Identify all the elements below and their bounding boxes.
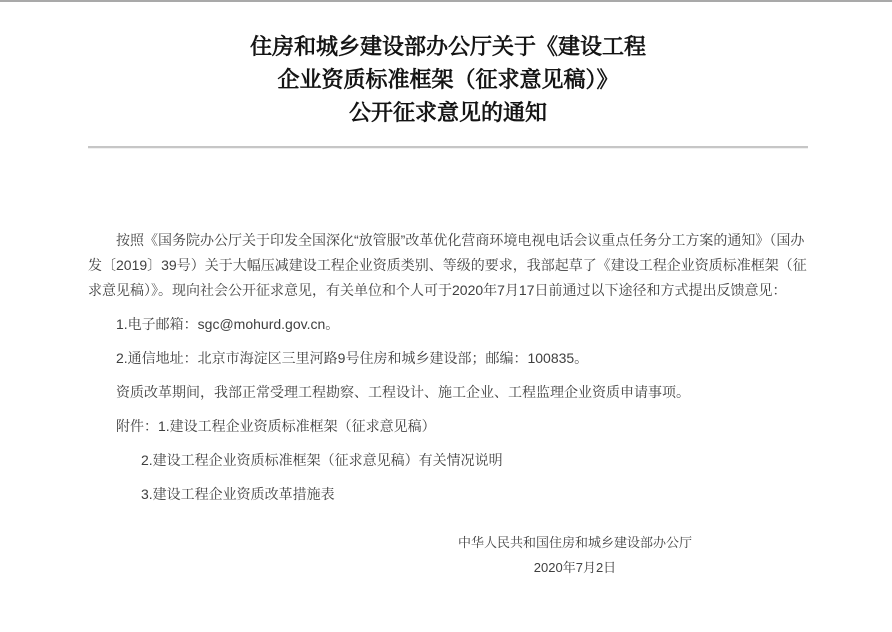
intro-paragraph: 按照《国务院办公厅关于印发全国深化“放管服”改革优化营商环境电视电话会议重点任务… [88,228,808,303]
attachment-item-2: 2.建设工程企业资质标准框架（征求意见稿）有关情况说明 [88,448,808,473]
transition-note-line: 资质改革期间，我部正常受理工程勘察、工程设计、施工企业、工程监理企业资质申请事项… [88,380,808,405]
notice-page: 住房和城乡建设部办公厅关于《建设工程 企业资质标准框架（征求意见稿）》 公开征求… [0,0,892,632]
title-line-3: 公开征求意见的通知 [88,96,808,129]
signature-issuer: 中华人民共和国住房和城乡建设部办公厅 [458,530,692,555]
contact-email-line: 1.电子邮箱：sgc@mohurd.gov.cn。 [88,312,808,337]
signature-date: 2020年7月2日 [534,555,616,580]
title-line-2: 企业资质标准框架（征求意见稿）》 [88,63,808,96]
title-line-1: 住房和城乡建设部办公厅关于《建设工程 [88,30,808,63]
contact-address-line: 2.通信地址：北京市海淀区三里河路9号住房和城乡建设部；邮编：100835。 [88,346,808,371]
notice-body: 按照《国务院办公厅关于印发全国深化“放管服”改革优化营商环境电视电话会议重点任务… [88,149,808,580]
attachment-label-line: 附件：1.建设工程企业资质标准框架（征求意见稿） [88,414,808,439]
page-title: 住房和城乡建设部办公厅关于《建设工程 企业资质标准框架（征求意见稿）》 公开征求… [88,30,808,129]
notice-content: 住房和城乡建设部办公厅关于《建设工程 企业资质标准框架（征求意见稿）》 公开征求… [88,30,808,580]
attachment-item-3: 3.建设工程企业资质改革措施表 [88,482,808,507]
signature-block: 中华人民共和国住房和城乡建设部办公厅 2020年7月2日 [458,530,692,580]
